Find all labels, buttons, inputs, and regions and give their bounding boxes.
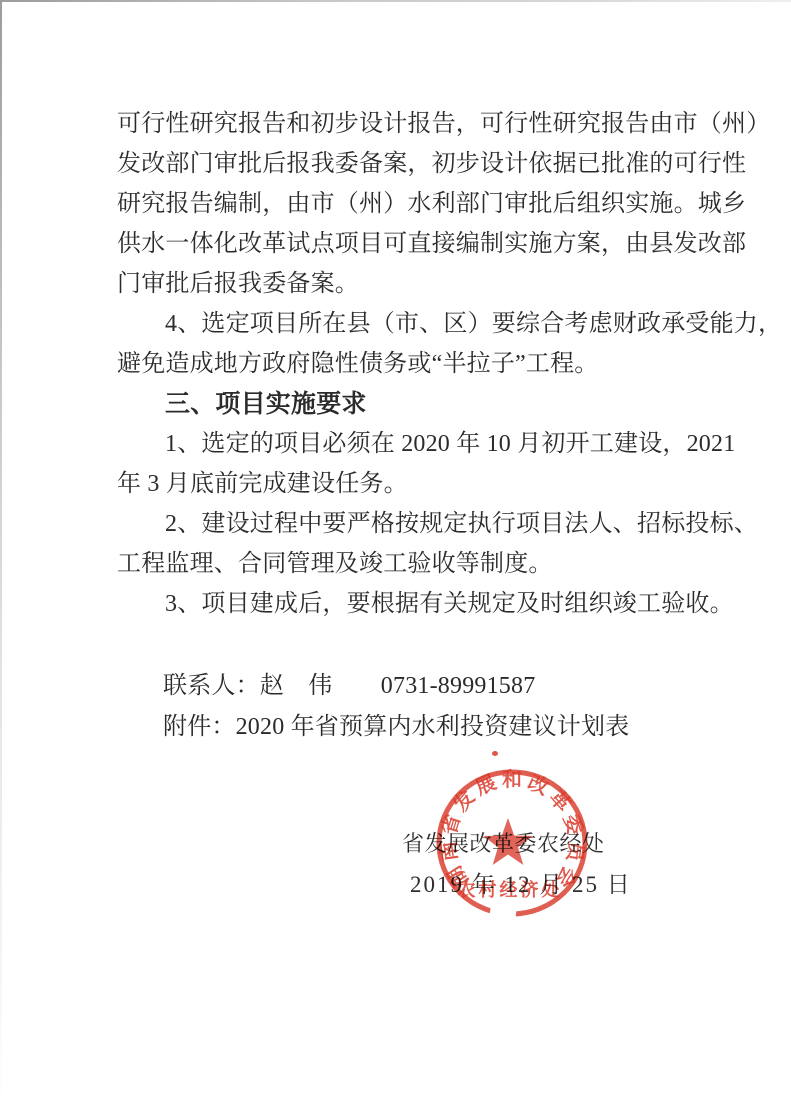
- body-line-item-1: 1、选定的项目必须在 2020 年 10 月初开工建设，2021: [117, 424, 785, 464]
- section-heading-3: 三、项目实施要求: [117, 384, 785, 424]
- seal-ink-dot: [492, 751, 498, 756]
- star-icon: [483, 818, 532, 865]
- scan-edge-top: [0, 0, 791, 2]
- contact-person-line: 联系人：赵 伟 0731-89991587: [163, 671, 535, 701]
- body-line: 可行性研究报告和初步设计报告，可行性研究报告由市（州）: [117, 104, 785, 144]
- body-line-item-2: 2、建设过程中要严格按规定执行项目法人、招标投标、: [117, 504, 785, 544]
- seal-arc-char: 南: [436, 840, 461, 863]
- attachment-line: 附件：2020 年省预算内水利投资建议计划表: [163, 712, 629, 742]
- scanned-document-page: 可行性研究报告和初步设计报告，可行性研究报告由市（州） 发改部门审批后报我委备案…: [0, 0, 791, 1118]
- seal-arc-char: 员: [562, 840, 588, 865]
- body-line: 门审批后报我委备案。: [117, 264, 785, 304]
- body-line: 工程监理、合同管理及竣工验收等制度。: [117, 544, 785, 584]
- seal-bottom-text: 农村经济处: [458, 879, 563, 900]
- document-body: 可行性研究报告和初步设计报告，可行性研究报告由市（州） 发改部门审批后报我委备案…: [117, 104, 785, 624]
- scan-edge-left: [0, 0, 2, 1118]
- body-line: 研究报告编制，由市（州）水利部门审批后组织实施。城乡: [117, 184, 785, 224]
- body-line: 发改部门审批后报我委备案，初步设计依据已批准的可行性: [117, 144, 785, 184]
- seal-arc-char: 发: [448, 785, 479, 816]
- body-line-item-3: 3、项目建成后，要根据有关规定及时组织竣工验收。: [117, 584, 785, 624]
- body-line: 供水一体化改革试点项目可直接编制实施方案，由县发改部: [117, 224, 785, 264]
- body-line: 年 3 月底前完成建设任务。: [117, 464, 785, 504]
- seal-arc-char: 和: [502, 767, 522, 791]
- seal-arc-char: 革: [545, 785, 576, 816]
- official-seal: 湖 南 省 发 展 和 改 革 委 员 会 农村经济处: [434, 766, 590, 922]
- body-line: 避免造成地方政府隐性债务或“半拉子”工程。: [117, 344, 785, 384]
- body-line-item-4: 4、选定项目所在县（市、区）要综合考虑财政承受能力，: [117, 304, 785, 344]
